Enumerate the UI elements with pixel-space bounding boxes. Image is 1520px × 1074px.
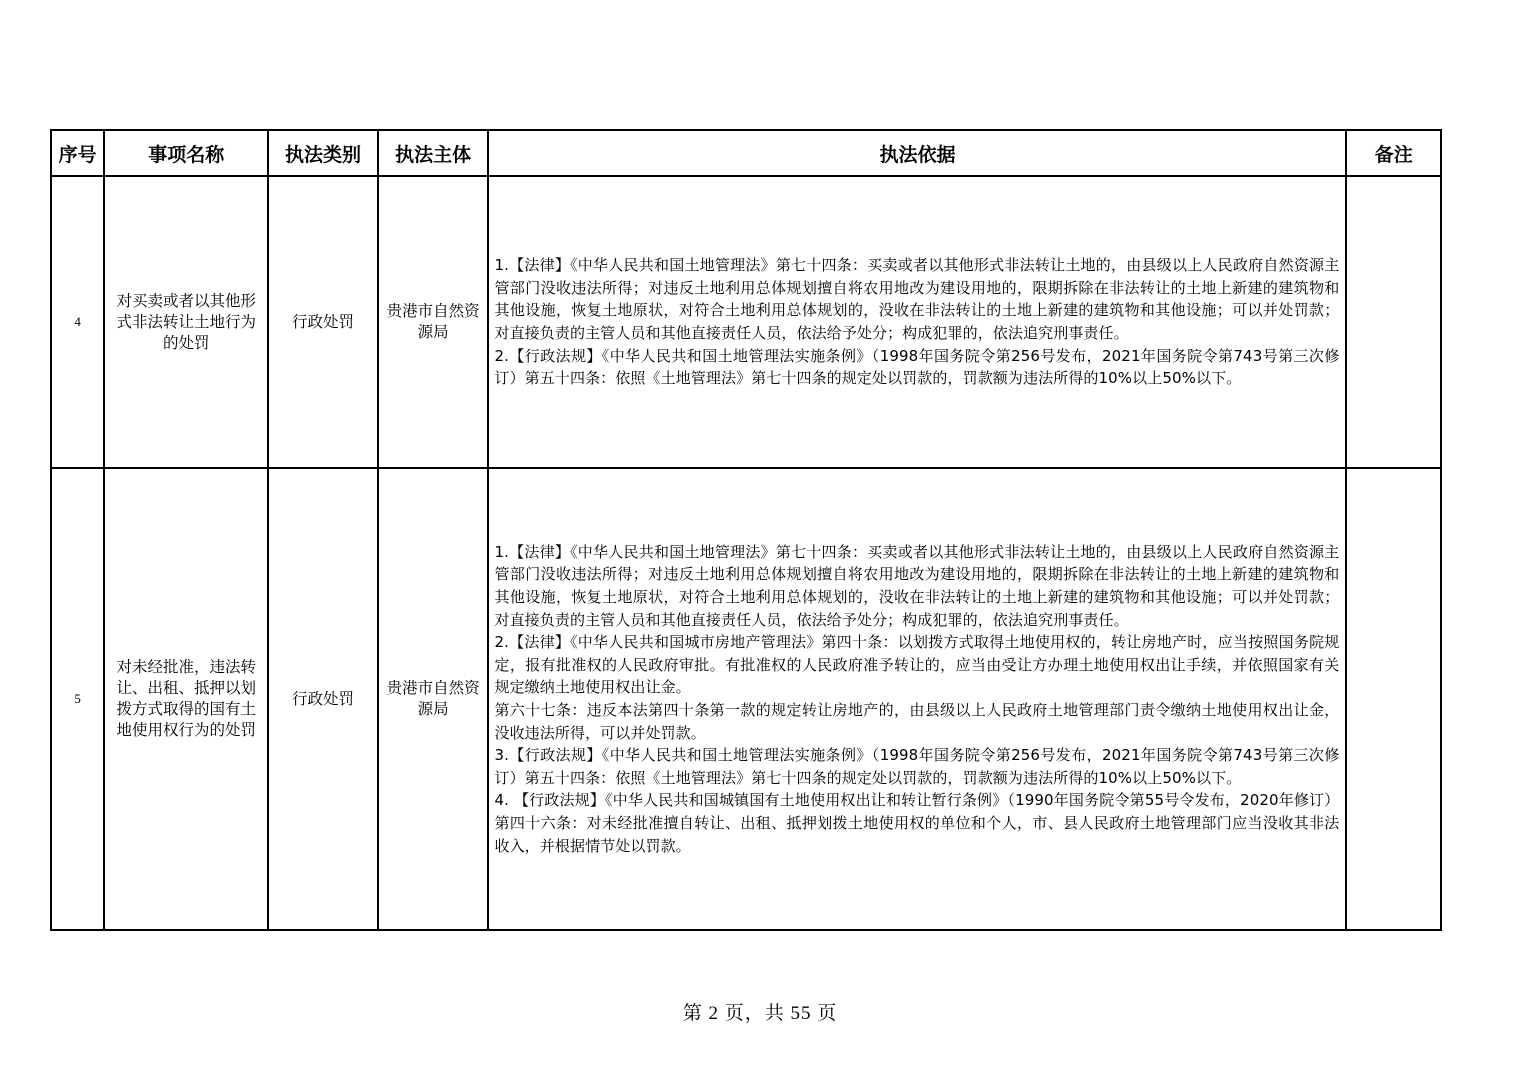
header-note: 备注: [1346, 130, 1441, 176]
cell-enforcement-type: 行政处罚: [268, 468, 378, 930]
basis-paragraph: 1.【法律】《中华人民共和国土地管理法》第七十四条：买卖或者以其他形式非法转让土…: [494, 541, 1339, 631]
cell-item-name: 对买卖或者以其他形式非法转让土地行为的处罚: [104, 176, 268, 468]
page-number-footer: 第 2 页，共 55 页: [0, 998, 1520, 1025]
basis-paragraph: 1.【法律】《中华人民共和国土地管理法》第七十四条：买卖或者以其他形式非法转让土…: [494, 254, 1339, 344]
cell-legal-basis: 1.【法律】《中华人民共和国土地管理法》第七十四条：买卖或者以其他形式非法转让土…: [488, 468, 1346, 930]
cell-seq: 5: [51, 468, 104, 930]
cell-item-name: 对未经批准，违法转让、出租、抵押以划拨方式取得的国有土地使用权行为的处罚: [104, 468, 268, 930]
basis-paragraph: 4. 【行政法规】《中华人民共和国城镇国有土地使用权出让和转让暂行条例》（199…: [494, 789, 1339, 857]
header-type: 执法类别: [268, 130, 378, 176]
cell-enforcement-body: 贵港市自然资源局: [378, 176, 489, 468]
cell-enforcement-type: 行政处罚: [268, 176, 378, 468]
header-basis: 执法依据: [488, 130, 1346, 176]
basis-paragraph: 2.【行政法规】《中华人民共和国土地管理法实施条例》（1998年国务院令第256…: [494, 345, 1339, 390]
table-row: 5 对未经批准，违法转让、出租、抵押以划拨方式取得的国有土地使用权行为的处罚 行…: [51, 468, 1441, 930]
basis-paragraph: 第六十七条：违反本法第四十条第一款的规定转让房地产的，由县级以上人民政府土地管理…: [494, 699, 1339, 744]
table-row: 4 对买卖或者以其他形式非法转让土地行为的处罚 行政处罚 贵港市自然资源局 1.…: [51, 176, 1441, 468]
basis-paragraph: 3.【行政法规】《中华人民共和国土地管理法实施条例》（1998年国务院令第256…: [494, 744, 1339, 789]
header-body: 执法主体: [378, 130, 489, 176]
cell-note: [1346, 468, 1441, 930]
cell-enforcement-body: 贵港市自然资源局: [378, 468, 489, 930]
header-name: 事项名称: [104, 130, 268, 176]
basis-paragraph: 2.【法律】《中华人民共和国城市房地产管理法》第四十条：以划拨方式取得土地使用权…: [494, 631, 1339, 699]
cell-seq: 4: [51, 176, 104, 468]
header-seq: 序号: [51, 130, 104, 176]
table-header-row: 序号 事项名称 执法类别 执法主体 执法依据 备注: [51, 130, 1441, 176]
enforcement-table: 序号 事项名称 执法类别 执法主体 执法依据 备注 4 对买卖或者以其他形式非法…: [50, 129, 1442, 931]
cell-legal-basis: 1.【法律】《中华人民共和国土地管理法》第七十四条：买卖或者以其他形式非法转让土…: [488, 176, 1346, 468]
cell-note: [1346, 176, 1441, 468]
